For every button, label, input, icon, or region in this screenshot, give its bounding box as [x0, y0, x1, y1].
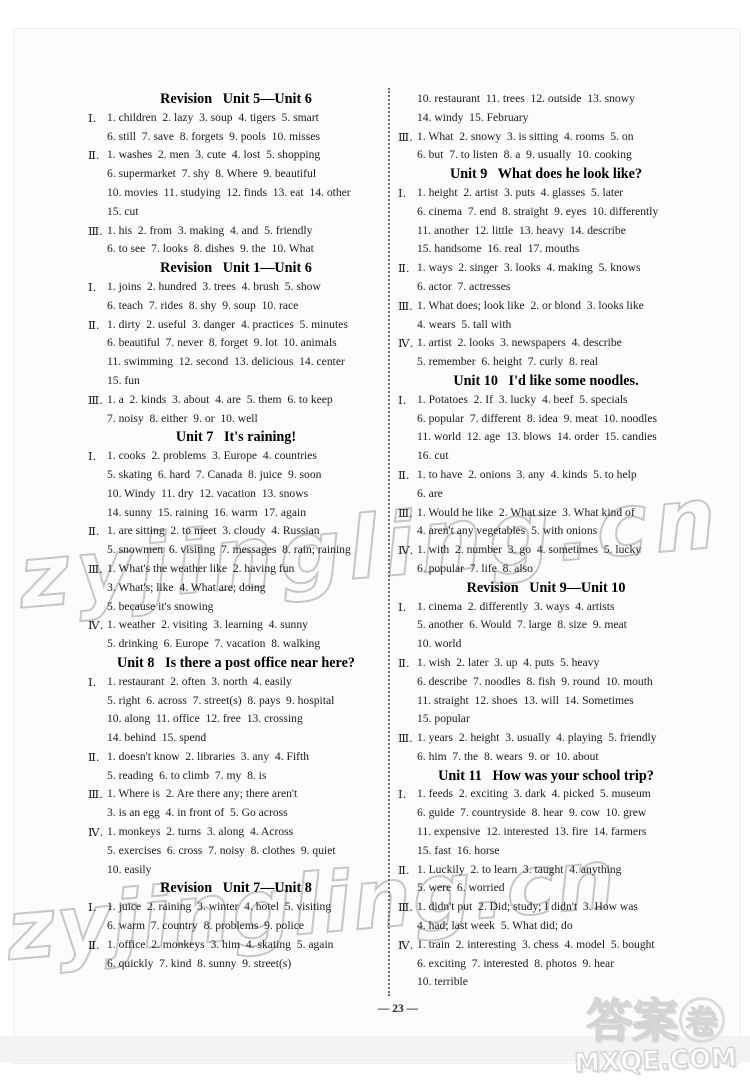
- answer-line: 10. easily: [88, 861, 384, 880]
- exercise-roman-label: Ⅳ.: [398, 334, 413, 353]
- answer-text: 14. behind 15. spend: [107, 731, 206, 744]
- answer-line: 3. is an egg 4. in front of 5. Go across: [88, 804, 384, 823]
- answer-line: Ⅲ.1. What 2. snowy 3. is sitting 4. room…: [398, 128, 694, 147]
- answer-line: 10. restaurant 11. trees 12. outside 13.…: [398, 90, 694, 109]
- exercise-roman-label: Ⅱ.: [88, 936, 100, 955]
- answer-text: 1. his 2. from 3. making 4. and 5. frien…: [107, 224, 312, 237]
- answer-line: Ⅲ.1. a 2. kinds 3. about 4. are 5. them …: [88, 391, 384, 410]
- answer-text: 1. to have 2. onions 3. any 4. kinds 5. …: [417, 468, 637, 481]
- answer-line: Ⅲ.1. What does; look like 2. or blond 3.…: [398, 297, 694, 316]
- answer-line: 10. along 11. office 12. free 13. crossi…: [88, 710, 384, 729]
- answer-text: 3. What's; like 4. What are; doing: [107, 581, 265, 594]
- answer-text: 1. cinema 2. differently 3. ways 4. arti…: [417, 600, 614, 613]
- exercise-roman-label: Ⅰ.: [398, 391, 406, 410]
- answer-text: 1. What 2. snowy 3. is sitting 4. rooms …: [417, 130, 634, 143]
- section-heading: Unit 8 Is there a post office near here?: [88, 654, 384, 673]
- exercise-roman-label: Ⅱ.: [88, 748, 100, 767]
- answer-text: 10. along 11. office 12. free 13. crossi…: [107, 712, 303, 725]
- answer-text: 10. terrible: [417, 975, 468, 988]
- answer-line: 6. actor 7. actresses: [398, 278, 694, 297]
- answer-line: 10. movies 11. studying 12. finds 13. ea…: [88, 184, 384, 203]
- answer-line: 11. expensive 12. interested 13. fire 14…: [398, 823, 694, 842]
- answer-text: 14. sunny 15. raining 16. warm 17. again: [107, 506, 306, 519]
- section-heading: Unit 9 What does he look like?: [398, 165, 694, 184]
- answer-line: 5. exercises 6. cross 7. noisy 8. clothe…: [88, 842, 384, 861]
- exercise-roman-label: Ⅰ.: [398, 785, 406, 804]
- answer-line: Ⅰ.1. cooks 2. problems 3. Europe 4. coun…: [88, 447, 384, 466]
- answer-line: 14. windy 15. February: [398, 109, 694, 128]
- answer-line: Ⅰ.1. juice 2. raining 3. winter 4. hotel…: [88, 898, 384, 917]
- answer-text: 1. What does; look like 2. or blond 3. l…: [417, 299, 644, 312]
- answer-line: 6. to see 7. looks 8. dishes 9. the 10. …: [88, 240, 384, 259]
- answer-line: 6. describe 7. noodles 8. fish 9. round …: [398, 673, 694, 692]
- answer-line: 6. supermarket 7. shy 8. Where 9. beauti…: [88, 165, 384, 184]
- answer-text: 7. noisy 8. either 9. or 10. well: [107, 412, 258, 425]
- exercise-roman-label: Ⅰ.: [398, 598, 406, 617]
- answer-text: 6. him 7. the 8. wears 9. or 10. about: [417, 750, 599, 763]
- answer-text: 1. washes 2. men 3. cute 4. lost 5. shop…: [107, 148, 320, 161]
- answer-line: 3. What's; like 4. What are; doing: [88, 579, 384, 598]
- answer-text: 5. remember 6. height 7. curly 8. real: [417, 355, 598, 368]
- brand-logo: 答案卷 MXQE.COM: [563, 996, 748, 1076]
- answer-text: 6. warm 7. country 8. problems 9. police: [107, 919, 304, 932]
- answer-line: 6. exciting 7. interested 8. photos 9. h…: [398, 955, 694, 974]
- exercise-roman-label: Ⅱ.: [398, 466, 410, 485]
- exercise-roman-label: Ⅱ.: [88, 146, 100, 165]
- answer-line: 5. because it's snowing: [88, 598, 384, 617]
- answer-text: 11. swimming 12. second 13. delicious 14…: [107, 355, 345, 368]
- answer-text: 5. were 6. worried: [417, 881, 505, 894]
- answer-line: 11. straight 12. shoes 13. will 14. Some…: [398, 692, 694, 711]
- section-heading: Revision Unit 9—Unit 10: [398, 579, 694, 598]
- answer-text: 10. easily: [107, 863, 151, 876]
- answers-column-left: Revision Unit 5—Unit 6Ⅰ.1. children 2. l…: [88, 90, 384, 973]
- answer-line: 5. remember 6. height 7. curly 8. real: [398, 353, 694, 372]
- answer-text: 1. dirty 2. useful 3. danger 4. practice…: [107, 318, 348, 331]
- answer-text: 11. another 12. little 13. heavy 14. des…: [417, 224, 626, 237]
- answer-line: 5. drinking 6. Europe 7. vacation 8. wal…: [88, 635, 384, 654]
- answer-line: 15. handsome 16. real 17. mouths: [398, 240, 694, 259]
- section-heading: Revision Unit 1—Unit 6: [88, 259, 384, 278]
- answer-text: 1. office 2. monkeys 3. him 4. skating 5…: [107, 938, 333, 951]
- answer-text: 1. with 2. number 3. go 4. sometimes 5. …: [417, 543, 641, 556]
- section-heading: Revision Unit 5—Unit 6: [88, 90, 384, 109]
- answer-line: 5. another 6. Would 7. large 8. size 9. …: [398, 616, 694, 635]
- answer-text: 5. reading 6. to climb 7. my 8. is: [107, 769, 266, 782]
- answer-text: 15. handsome 16. real 17. mouths: [417, 242, 579, 255]
- exercise-roman-label: Ⅰ.: [88, 109, 96, 128]
- answer-line: Ⅳ.1. monkeys 2. turns 3. along 4. Across: [88, 823, 384, 842]
- exercise-roman-label: Ⅲ.: [398, 729, 413, 748]
- answer-text: 6. but 7. to listen 8. a 9. usually 10. …: [417, 148, 632, 161]
- answer-text: 4. wears 5. tall with: [417, 318, 511, 331]
- exercise-roman-label: Ⅳ.: [398, 936, 413, 955]
- section-heading: Unit 11 How was your school trip?: [398, 767, 694, 786]
- answer-line: 6. are: [398, 485, 694, 504]
- answer-line: Ⅳ.1. artist 2. looks 3. newspapers 4. de…: [398, 334, 694, 353]
- answer-key-page: zyjingling.cn zyjingling.cn Revision Uni…: [0, 0, 750, 1090]
- exercise-roman-label: Ⅱ.: [398, 861, 410, 880]
- answer-text: 5. drinking 6. Europe 7. vacation 8. wal…: [107, 637, 320, 650]
- answer-line: 6. popular 7. different 8. idea 9. meat …: [398, 410, 694, 429]
- answer-line: 5. were 6. worried: [398, 879, 694, 898]
- answer-text: 5. right 6. across 7. street(s) 8. pays …: [107, 694, 334, 707]
- answer-line: Ⅱ.1. wish 2. later 3. up 4. puts 5. heav…: [398, 654, 694, 673]
- answer-text: 5. snowmen 6. visiting 7. messages 8. ra…: [107, 543, 351, 556]
- answer-line: 14. sunny 15. raining 16. warm 17. again: [88, 504, 384, 523]
- brand-title-text: 答案: [587, 994, 679, 1048]
- answer-text: 5. exercises 6. cross 7. noisy 8. clothe…: [107, 844, 336, 857]
- answer-text: 1. ways 2. singer 3. looks 4. making 5. …: [417, 261, 641, 274]
- exercise-roman-label: Ⅱ.: [88, 522, 100, 541]
- answer-text: 1. children 2. lazy 3. soup 4. tigers 5.…: [107, 111, 319, 124]
- exercise-roman-label: Ⅰ.: [88, 898, 96, 917]
- answer-text: 1. artist 2. looks 3. newspapers 4. desc…: [417, 336, 622, 349]
- answer-text: 6. still 7. save 8. forgets 9. pools 10.…: [107, 130, 320, 143]
- answer-line: Ⅰ.1. children 2. lazy 3. soup 4. tigers …: [88, 109, 384, 128]
- answer-line: 11. world 12. age 13. blows 14. order 15…: [398, 428, 694, 447]
- answer-line: Ⅰ.1. cinema 2. differently 3. ways 4. ar…: [398, 598, 694, 617]
- answer-text: 5. another 6. Would 7. large 8. size 9. …: [417, 618, 627, 631]
- exercise-roman-label: Ⅲ.: [88, 560, 103, 579]
- answer-text: 10. world: [417, 637, 461, 650]
- exercise-roman-label: Ⅱ.: [398, 654, 410, 673]
- answer-text: 1. didn't put 2. Did; study; I didn't 3.…: [417, 900, 638, 913]
- answer-line: 5. reading 6. to climb 7. my 8. is: [88, 767, 384, 786]
- answer-line: 10. terrible: [398, 973, 694, 992]
- answer-line: Ⅰ.1. restaurant 2. often 3. north 4. eas…: [88, 673, 384, 692]
- exercise-roman-label: Ⅲ.: [398, 898, 413, 917]
- answer-text: 6. cinema 7. end 8. straight 9. eyes 10.…: [417, 205, 658, 218]
- exercise-roman-label: Ⅳ.: [88, 616, 103, 635]
- answer-line: Ⅲ.1. What's the weather like 2. having f…: [88, 560, 384, 579]
- answer-text: 1. Luckily 2. to learn 3. taught 4. anyt…: [417, 863, 621, 876]
- answer-line: 6. beautiful 7. never 8. forget 9. lot 1…: [88, 334, 384, 353]
- answer-text: 1. What's the weather like 2. having fun: [107, 562, 294, 575]
- answer-line: 4. aren't any vegetables 5. with onions: [398, 522, 694, 541]
- answer-line: 14. behind 15. spend: [88, 729, 384, 748]
- answer-text: 1. a 2. kinds 3. about 4. are 5. them 6.…: [107, 393, 333, 406]
- answer-line: Ⅰ.1. height 2. artist 3. puts 4. glasses…: [398, 184, 694, 203]
- answer-text: 1. weather 2. visiting 3. learning 4. su…: [107, 618, 308, 631]
- answer-text: 3. is an egg 4. in front of 5. Go across: [107, 806, 288, 819]
- answer-line: Ⅱ.1. Luckily 2. to learn 3. taught 4. an…: [398, 861, 694, 880]
- exercise-roman-label: Ⅲ.: [398, 504, 413, 523]
- answer-text: 6. actor 7. actresses: [417, 280, 510, 293]
- answer-text: 10. Windy 11. dry 12. vacation 13. snows: [107, 487, 308, 500]
- answer-line: Ⅲ.1. his 2. from 3. making 4. and 5. fri…: [88, 222, 384, 241]
- answer-line: Ⅰ.1. feeds 2. exciting 3. dark 4. picked…: [398, 785, 694, 804]
- answer-line: Ⅱ.1. ways 2. singer 3. looks 4. making 5…: [398, 259, 694, 278]
- answer-text: 4. had; last week 5. What did; do: [417, 919, 573, 932]
- answer-text: 1. feeds 2. exciting 3. dark 4. picked 5…: [417, 787, 651, 800]
- answer-line: Ⅲ.1. Would he like 2. What size 3. What …: [398, 504, 694, 523]
- answer-line: 11. another 12. little 13. heavy 14. des…: [398, 222, 694, 241]
- answer-line: 5. skating 6. hard 7. Canada 8. juice 9.…: [88, 466, 384, 485]
- answer-text: 15. popular: [417, 712, 470, 725]
- section-heading: Unit 7 It's raining!: [88, 428, 384, 447]
- exercise-roman-label: Ⅰ.: [88, 447, 96, 466]
- answer-line: 15. cut: [88, 203, 384, 222]
- exercise-roman-label: Ⅳ.: [398, 541, 413, 560]
- answer-text: 1. height 2. artist 3. puts 4. glasses 5…: [417, 186, 623, 199]
- answer-text: 1. Potatoes 2. If 3. lucky 4. beef 5. sp…: [417, 393, 628, 406]
- answer-line: 11. swimming 12. second 13. delicious 14…: [88, 353, 384, 372]
- answer-text: 4. aren't any vegetables 5. with onions: [417, 524, 597, 537]
- answer-text: 1. cooks 2. problems 3. Europe 4. countr…: [107, 449, 317, 462]
- answer-text: 6. beautiful 7. never 8. forget 9. lot 1…: [107, 336, 337, 349]
- answer-line: Ⅲ.1. didn't put 2. Did; study; I didn't …: [398, 898, 694, 917]
- answer-text: 5. skating 6. hard 7. Canada 8. juice 9.…: [107, 468, 321, 481]
- answer-text: 6. popular 7. different 8. idea 9. meat …: [417, 412, 657, 425]
- answer-line: Ⅲ.1. years 2. height 3. usually 4. playi…: [398, 729, 694, 748]
- answer-line: 4. had; last week 5. What did; do: [398, 917, 694, 936]
- exercise-roman-label: Ⅱ.: [88, 316, 100, 335]
- answer-line: 16. cut: [398, 447, 694, 466]
- answer-line: Ⅳ.1. with 2. number 3. go 4. sometimes 5…: [398, 541, 694, 560]
- answer-line: 15. fun: [88, 372, 384, 391]
- answer-text: 6. exciting 7. interested 8. photos 9. h…: [417, 957, 614, 970]
- exercise-roman-label: Ⅲ.: [398, 297, 413, 316]
- answer-text: 6. to see 7. looks 8. dishes 9. the 10. …: [107, 242, 314, 255]
- brand-subtitle: MXQE.COM: [563, 1043, 749, 1079]
- answer-text: 15. cut: [107, 205, 139, 218]
- brand-circle-icon: 卷: [679, 997, 725, 1043]
- answer-text: 15. fast 16. horse: [417, 844, 499, 857]
- answer-text: 6. supermarket 7. shy 8. Where 9. beauti…: [107, 167, 316, 180]
- column-divider: [388, 88, 390, 996]
- answer-line: 4. wears 5. tall with: [398, 316, 694, 335]
- exercise-roman-label: Ⅲ.: [88, 222, 103, 241]
- answer-line: 6. him 7. the 8. wears 9. or 10. about: [398, 748, 694, 767]
- answer-line: 6. guide 7. countryside 8. hear 9. cow 1…: [398, 804, 694, 823]
- answer-line: Ⅳ.1. train 2. interesting 3. chess 4. mo…: [398, 936, 694, 955]
- answer-line: 6. but 7. to listen 8. a 9. usually 10. …: [398, 146, 694, 165]
- answer-text: 6. guide 7. countryside 8. hear 9. cow 1…: [417, 806, 646, 819]
- answer-line: 5. right 6. across 7. street(s) 8. pays …: [88, 692, 384, 711]
- exercise-roman-label: Ⅱ.: [398, 259, 410, 278]
- answer-line: Ⅱ.1. dirty 2. useful 3. danger 4. practi…: [88, 316, 384, 335]
- answer-line: Ⅰ.1. joins 2. hundred 3. trees 4. brush …: [88, 278, 384, 297]
- answer-line: Ⅱ.1. washes 2. men 3. cute 4. lost 5. sh…: [88, 146, 384, 165]
- answer-text: 16. cut: [417, 449, 449, 462]
- answer-text: 6. describe 7. noodles 8. fish 9. round …: [417, 675, 653, 688]
- exercise-roman-label: Ⅰ.: [398, 184, 406, 203]
- answer-text: 1. years 2. height 3. usually 4. playing…: [417, 731, 657, 744]
- answer-line: 5. snowmen 6. visiting 7. messages 8. ra…: [88, 541, 384, 560]
- answer-line: Ⅱ.1. doesn't know 2. libraries 3. any 4.…: [88, 748, 384, 767]
- answer-line: Ⅳ.1. weather 2. visiting 3. learning 4. …: [88, 616, 384, 635]
- answer-text: 14. windy 15. February: [417, 111, 528, 124]
- answer-line: Ⅰ.1. Potatoes 2. If 3. lucky 4. beef 5. …: [398, 391, 694, 410]
- answer-text: 1. Where is 2. Are there any; there aren…: [107, 787, 297, 800]
- answer-text: 6. popular 7. life 8. also: [417, 562, 533, 575]
- exercise-roman-label: Ⅲ.: [88, 391, 103, 410]
- answer-text: 1. doesn't know 2. libraries 3. any 4. F…: [107, 750, 309, 763]
- answer-line: Ⅲ.1. Where is 2. Are there any; there ar…: [88, 785, 384, 804]
- answer-text: 10. movies 11. studying 12. finds 13. ea…: [107, 186, 351, 199]
- answer-text: 6. quickly 7. kind 8. sunny 9. street(s): [107, 957, 291, 970]
- answer-line: Ⅱ.1. are sitting 2. to meet 3. cloudy 4.…: [88, 522, 384, 541]
- answer-line: Ⅱ.1. office 2. monkeys 3. him 4. skating…: [88, 936, 384, 955]
- answer-line: 6. warm 7. country 8. problems 9. police: [88, 917, 384, 936]
- answer-text: 1. restaurant 2. often 3. north 4. easil…: [107, 675, 292, 688]
- answer-line: 15. fast 16. horse: [398, 842, 694, 861]
- answer-text: 1. are sitting 2. to meet 3. cloudy 4. R…: [107, 524, 320, 537]
- answers-column-right: 10. restaurant 11. trees 12. outside 13.…: [398, 90, 694, 992]
- answer-line: Ⅱ.1. to have 2. onions 3. any 4. kinds 5…: [398, 466, 694, 485]
- answer-text: 15. fun: [107, 374, 140, 387]
- answer-line: 6. quickly 7. kind 8. sunny 9. street(s): [88, 955, 384, 974]
- answer-line: 6. still 7. save 8. forgets 9. pools 10.…: [88, 128, 384, 147]
- answer-text: 1. juice 2. raining 3. winter 4. hotel 5…: [107, 900, 331, 913]
- answer-line: 15. popular: [398, 710, 694, 729]
- answer-text: 1. joins 2. hundred 3. trees 4. brush 5.…: [107, 280, 321, 293]
- answer-text: 11. straight 12. shoes 13. will 14. Some…: [417, 694, 634, 707]
- answer-line: 7. noisy 8. either 9. or 10. well: [88, 410, 384, 429]
- brand-title: 答案卷: [563, 996, 748, 1046]
- answer-text: 11. expensive 12. interested 13. fire 14…: [417, 825, 646, 838]
- exercise-roman-label: Ⅲ.: [88, 785, 103, 804]
- answer-text: 1. monkeys 2. turns 3. along 4. Across: [107, 825, 293, 838]
- exercise-roman-label: Ⅳ.: [88, 823, 103, 842]
- answer-text: 6. teach 7. rides 8. shy 9. soup 10. rac…: [107, 299, 298, 312]
- answer-text: 1. train 2. interesting 3. chess 4. mode…: [417, 938, 655, 951]
- answer-text: 1. wish 2. later 3. up 4. puts 5. heavy: [417, 656, 599, 669]
- answer-text: 11. world 12. age 13. blows 14. order 15…: [417, 430, 657, 443]
- answer-line: 10. Windy 11. dry 12. vacation 13. snows: [88, 485, 384, 504]
- section-heading: Unit 10 I'd like some noodles.: [398, 372, 694, 391]
- answer-text: 10. restaurant 11. trees 12. outside 13.…: [417, 92, 635, 105]
- section-heading: Revision Unit 7—Unit 8: [88, 879, 384, 898]
- answer-line: 10. world: [398, 635, 694, 654]
- answer-text: 1. Would he like 2. What size 3. What ki…: [417, 506, 635, 519]
- exercise-roman-label: Ⅲ.: [398, 128, 413, 147]
- exercise-roman-label: Ⅰ.: [88, 673, 96, 692]
- answer-text: 5. because it's snowing: [107, 600, 213, 613]
- exercise-roman-label: Ⅰ.: [88, 278, 96, 297]
- answer-line: 6. cinema 7. end 8. straight 9. eyes 10.…: [398, 203, 694, 222]
- answer-line: 6. teach 7. rides 8. shy 9. soup 10. rac…: [88, 297, 384, 316]
- answer-text: 6. are: [417, 487, 443, 500]
- answer-line: 6. popular 7. life 8. also: [398, 560, 694, 579]
